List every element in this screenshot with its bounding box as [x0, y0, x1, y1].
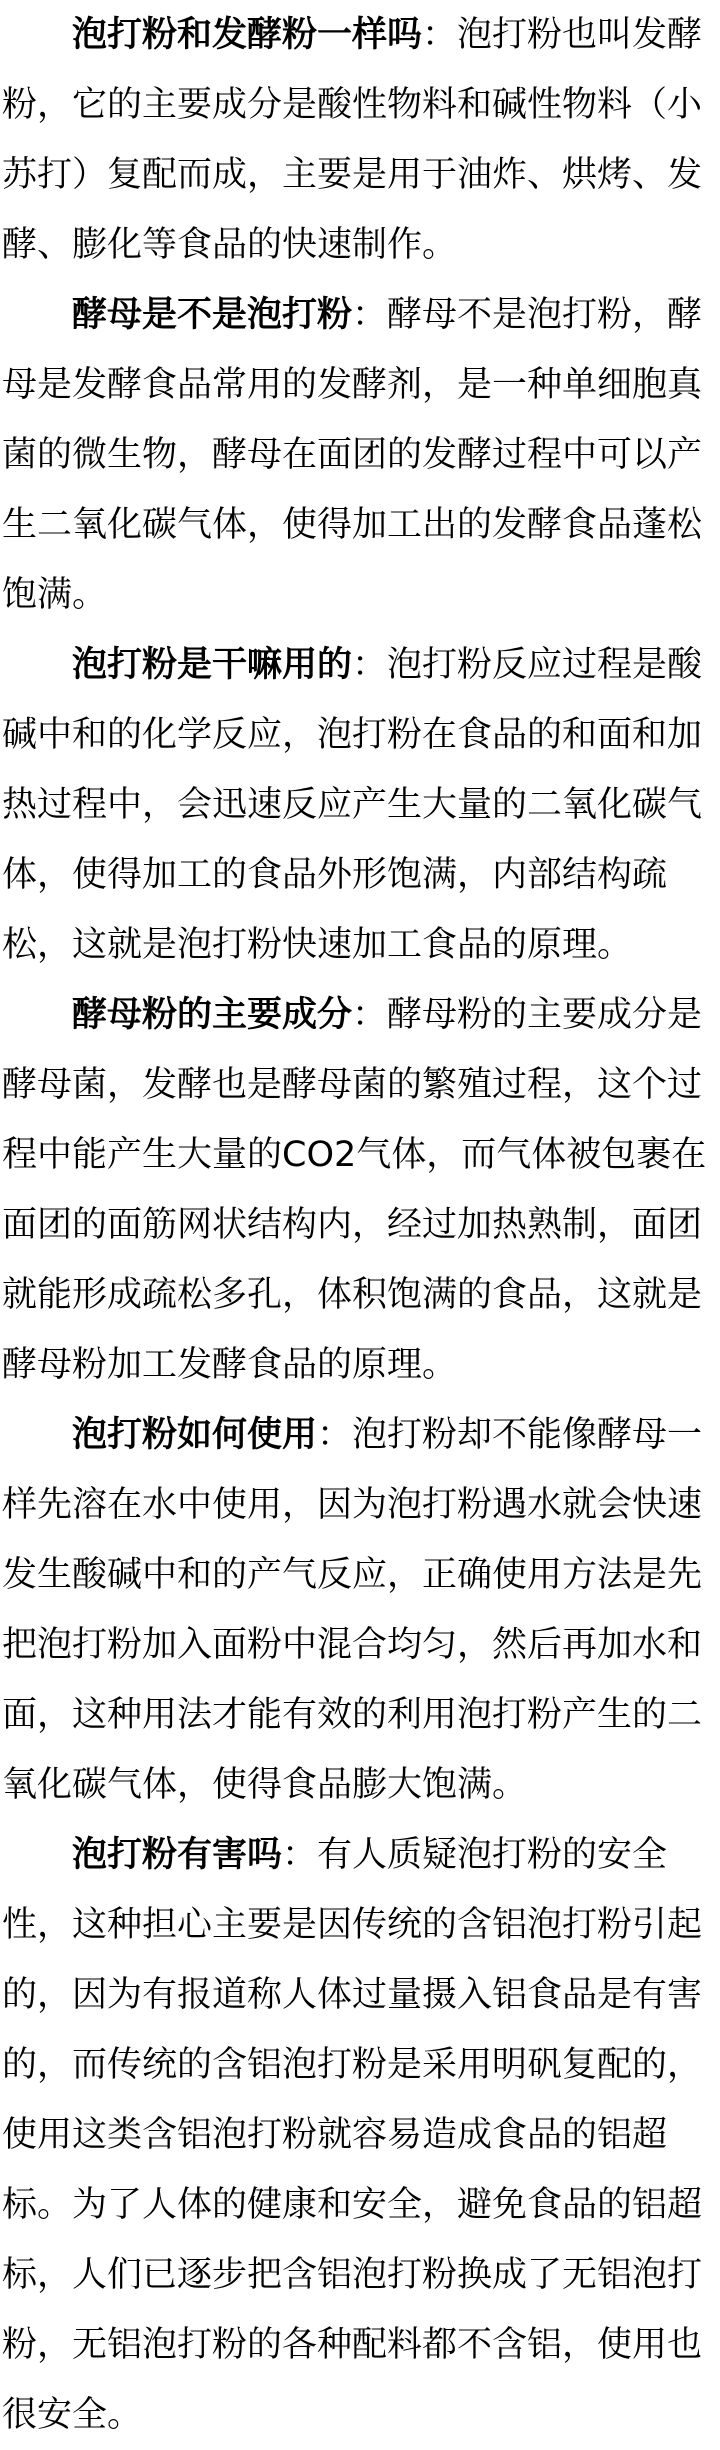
paragraph-body: ：有人质疑泡打粉的安全性，这种担心主要是因传统的含铝泡打粉引起的，因为有报道称人…	[2, 1835, 702, 2435]
paragraph-body: ：泡打粉却不能像酵母一样先溶在水中使用，因为泡打粉遇水就会快速发生酸碱中和的产气…	[2, 1415, 702, 1805]
paragraph-baking-powder-vs-leavening: 泡打粉和发酵粉一样吗：泡打粉也叫发酵粉，它的主要成分是酸性物料和碱性物料（小苏打…	[2, 0, 718, 280]
paragraph-body: ：泡打粉反应过程是酸碱中和的化学反应，泡打粉在食品的和面和加热过程中，会迅速反应…	[2, 645, 702, 965]
paragraph-baking-powder-purpose: 泡打粉是干嘛用的：泡打粉反应过程是酸碱中和的化学反应，泡打粉在食品的和面和加热过…	[2, 630, 718, 980]
paragraph-is-yeast-baking-powder: 酵母是不是泡打粉：酵母不是泡打粉，酵母是发酵食品常用的发酵剂，是一种单细胞真菌的…	[2, 280, 718, 630]
paragraph-heading: 泡打粉是干嘛用的	[72, 645, 352, 685]
paragraph-heading: 泡打粉和发酵粉一样吗	[72, 15, 422, 55]
paragraph-heading: 泡打粉有害吗	[72, 1835, 282, 1875]
paragraph-yeast-powder-ingredients: 酵母粉的主要成分：酵母粉的主要成分是酵母菌，发酵也是酵母菌的繁殖过程，这个过程中…	[2, 980, 718, 1400]
paragraph-heading: 酵母是不是泡打粉	[72, 295, 352, 335]
paragraph-how-to-use-baking-powder: 泡打粉如何使用：泡打粉却不能像酵母一样先溶在水中使用，因为泡打粉遇水就会快速发生…	[2, 1400, 718, 1820]
paragraph-heading: 酵母粉的主要成分	[72, 995, 352, 1035]
article-page: 泡打粉和发酵粉一样吗：泡打粉也叫发酵粉，它的主要成分是酸性物料和碱性物料（小苏打…	[0, 0, 720, 2450]
paragraph-heading: 泡打粉如何使用	[72, 1415, 317, 1455]
paragraph-body: ：酵母不是泡打粉，酵母是发酵食品常用的发酵剂，是一种单细胞真菌的微生物，酵母在面…	[2, 295, 702, 615]
paragraph-body: ：酵母粉的主要成分是酵母菌，发酵也是酵母菌的繁殖过程，这个过程中能产生大量的CO…	[2, 995, 706, 1385]
paragraph-is-baking-powder-harmful: 泡打粉有害吗：有人质疑泡打粉的安全性，这种担心主要是因传统的含铝泡打粉引起的，因…	[2, 1820, 718, 2450]
